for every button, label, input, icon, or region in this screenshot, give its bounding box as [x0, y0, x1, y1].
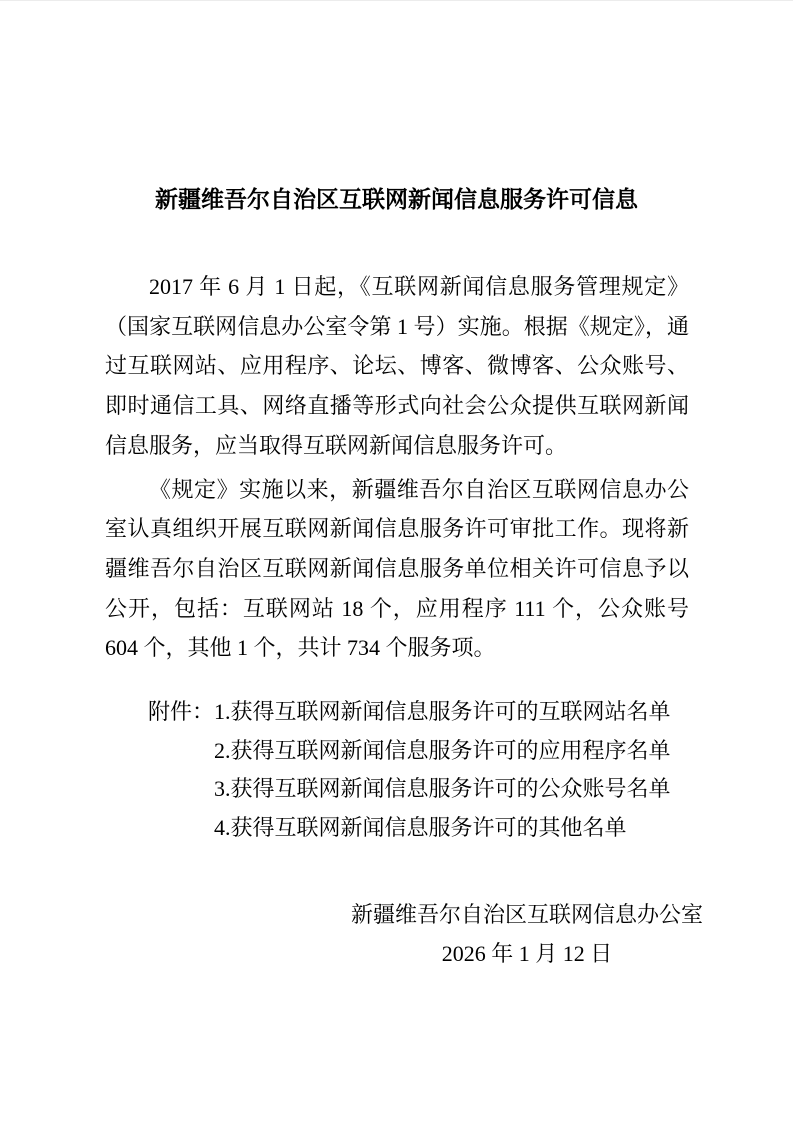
- document-title: 新疆维吾尔自治区互联网新闻信息服务许可信息: [0, 185, 793, 215]
- signature-block: 新疆维吾尔自治区互联网信息办公室 2026 年 1 月 12 日: [351, 896, 703, 973]
- attachments-list: 1.获得互联网新闻信息服务许可的互联网站名单 2.获得互联网新闻信息服务许可的应…: [214, 693, 671, 847]
- attachment-item-1: 1.获得互联网新闻信息服务许可的互联网站名单: [214, 693, 671, 732]
- document-page: 新疆维吾尔自治区互联网新闻信息服务许可信息 2017 年 6 月 1 日起，《互…: [0, 0, 793, 1121]
- attachment-item-3: 3.获得互联网新闻信息服务许可的公众账号名单: [214, 770, 671, 809]
- attachments-section: 附件： 1.获得互联网新闻信息服务许可的互联网站名单 2.获得互联网新闻信息服务…: [148, 693, 671, 847]
- body-paragraph-2: 《规定》实施以来，新疆维吾尔自治区互联网信息办公室认真组织开展互联网新闻信息服务…: [105, 470, 689, 669]
- attachments-label: 附件：: [148, 693, 214, 732]
- attachment-item-4: 4.获得互联网新闻信息服务许可的其他名单: [214, 809, 671, 848]
- body-paragraph-1: 2017 年 6 月 1 日起，《互联网新闻信息服务管理规定》（国家互联网信息办…: [105, 267, 689, 466]
- signature-organization: 新疆维吾尔自治区互联网信息办公室: [351, 896, 703, 935]
- signature-date: 2026 年 1 月 12 日: [351, 935, 703, 974]
- document-body: 2017 年 6 月 1 日起，《互联网新闻信息服务管理规定》（国家互联网信息办…: [105, 267, 689, 668]
- attachment-item-2: 2.获得互联网新闻信息服务许可的应用程序名单: [214, 732, 671, 771]
